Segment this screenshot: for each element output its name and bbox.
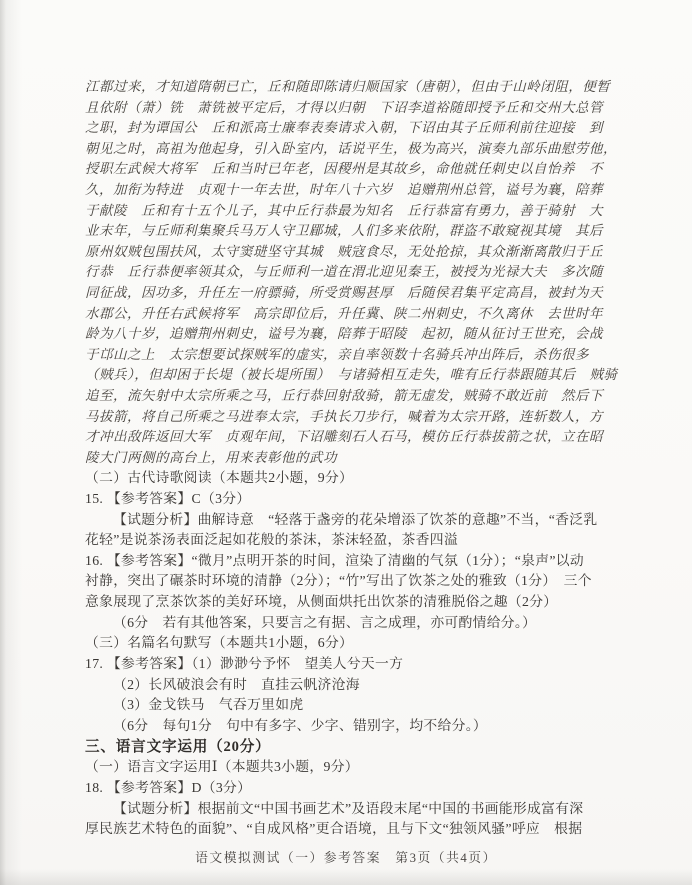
- translation-line: 于邙山之上 太宗想要试探贼军的虚实，亲自率领数十名骑兵冲出阵后，杀伤很多: [85, 345, 615, 366]
- analysis-q15-line2: 花轻”是说茶汤表面泛起如花般的茶沫，茶沫轻盈，茶香四溢: [85, 530, 615, 551]
- scoring-note-q17: （6分 每句1分 句中有多字、少字、错别字，均不给分。）: [85, 716, 615, 737]
- translation-line: 同征战，因功多，升任左一府骠骑，所受赏赐甚厚 后随侯君集平定高昌，被封为天: [85, 283, 615, 304]
- analysis-q15-line1: 【试题分析】曲解诗意 “轻落于盏旁的花朵增添了饮茶的意趣”不当，“香泛乳: [85, 510, 615, 531]
- answer-q17-item3: （3）金戈铁马 气吞万里如虎: [85, 695, 615, 716]
- answer-q17-item2: （2）长风破浪会有时 直挂云帆济沧海: [85, 675, 615, 696]
- translation-line: （贼兵），但却困于长堤（被长堤所围） 与诸骑相互走失，唯有丘行恭跟随其后 贼骑: [85, 365, 615, 386]
- scanned-answer-page: 江都过来，才知道隋朝已亡，丘和随即陈请归顺国家（唐朝），但由于山岭闭阻，便暂 且…: [0, 0, 692, 885]
- translation-line: 久，加衔为特进 贞观十一年去世，时年八十六岁 追赠荆州总管，谥号为襄，陪葬: [85, 180, 615, 201]
- analysis-q18-line2: 厚民族艺术特色的面貌”、“自成风格”更合语境，且与下文“独领风骚”呼应 根据: [85, 819, 615, 840]
- translation-line: 之职，封为谭国公 丘和派高士廉奉表奏请求入朝，下诏由其子丘师利前往迎接 到: [85, 118, 615, 139]
- translation-line: 陵大门两侧的高台上，用来表彰他的武功: [85, 448, 615, 469]
- translation-line: 马拔箭，将自己所乘之马进奉太宗，手执长刀步行，喊着为太宗开路，连斩数人，方: [85, 407, 615, 428]
- subsection-heading-language-use-1: （一）语言文字运用Ⅰ（本题共3小题，9分）: [85, 757, 615, 778]
- translation-line: 朝见之时，高祖为他起身，引入卧室内，话说平生，极为高兴，演奏九部乐曲慰劳他，: [85, 139, 615, 160]
- translation-line: 且依附（萧）铣 萧铣被平定后，才得以归朝 下诏李道裕随即授予丘和交州大总管: [85, 98, 615, 119]
- translation-line: 江都过来，才知道隋朝已亡，丘和随即陈请归顺国家（唐朝），但由于山岭闭阻，便暂: [85, 77, 615, 98]
- scoring-note-q16: （6分 若有其他答案，只要言之有据、言之成理，亦可酌情给分。）: [85, 613, 615, 634]
- translation-line: 于献陵 丘和有十五个儿子，其中丘行恭最为知名 丘行恭富有勇力，善于骑射 大: [85, 201, 615, 222]
- translation-line: 水郡公，升任右武候将军 高宗即位后，升任冀、陕二州刺史，不久离休 去世时年: [85, 304, 615, 325]
- translation-line: 原州奴贼包围扶风，太守窦琎坚守其城 贼寇食尽，无处抢掠，其众渐渐离散归于丘: [85, 242, 615, 263]
- translation-line: 龄为八十岁，追赠荆州刺史，谥号为襄，陪葬于昭陵 起初，随从征讨王世充，会战: [85, 324, 615, 345]
- translation-line: 追至，流矢射中太宗所乘之马，丘行恭回射敌骑，箭无虚发，贼骑不敢近前 然后下: [85, 386, 615, 407]
- answer-q15: 15. 【参考答案】C（3分）: [85, 489, 615, 510]
- translation-line: 业末年，与丘师利集聚兵马万人守卫郿城，人们多来依附，群盗不敢窥视其境 其后: [85, 221, 615, 242]
- section-heading-language-use: 三、语言文字运用（20分）: [85, 737, 615, 758]
- page-content: 江都过来，才知道隋朝已亡，丘和随即陈请归顺国家（唐朝），但由于山岭闭阻，便暂 且…: [85, 77, 615, 840]
- analysis-q18-line1: 【试题分析】根据前文“中国书画艺术”及语段末尾“中国的书画能形成富有深: [85, 799, 615, 820]
- answer-q18: 18. 【参考答案】D（3分）: [85, 778, 615, 799]
- translation-line: 行恭 丘行恭便率领其众，与丘师利一道在渭北迎见秦王，被授为光禄大夫 多次随: [85, 262, 615, 283]
- answer-q16-line2: 衬静，突出了碾茶时环境的清静（2分）；“竹”写出了饮茶之处的雅致（1分） 三个: [85, 571, 615, 592]
- answer-q16-line3: 意象展现了烹茶饮茶的美好环境，从侧面烘托出饮茶的清雅脱俗之趣（2分）: [85, 592, 615, 613]
- answer-key-section: （二）古代诗歌阅读（本题共2小题，9分） 15. 【参考答案】C（3分） 【试题…: [85, 468, 615, 840]
- answer-q16-line1: 16. 【参考答案】“微月”点明开茶的时间，渲染了清幽的气氛（1分）；“泉声”以…: [85, 551, 615, 572]
- answer-q17-item1: 17. 【参考答案】（1）渺渺兮予怀 望美人兮天一方: [85, 654, 615, 675]
- translation-passage: 江都过来，才知道隋朝已亡，丘和随即陈请归顺国家（唐朝），但由于山岭闭阻，便暂 且…: [85, 77, 615, 468]
- section-heading-dictation: （三）名篇名句默写（本题共1小题，6分）: [85, 633, 615, 654]
- page-footer: 语文模拟测试（一）参考答案 第3页（共4页）: [0, 847, 692, 866]
- section-heading-ancient-poetry: （二）古代诗歌阅读（本题共2小题，9分）: [85, 468, 615, 489]
- translation-line: 才冲出敌阵返回大军 贞观年间，下诏雕刻石人石马，模仿丘行恭拔箭之状，立在昭: [85, 427, 615, 448]
- translation-line: 授职左武候大将军 丘和当时已年老，因稷州是其故乡，命他就任刺史以自怡养 不: [85, 159, 615, 180]
